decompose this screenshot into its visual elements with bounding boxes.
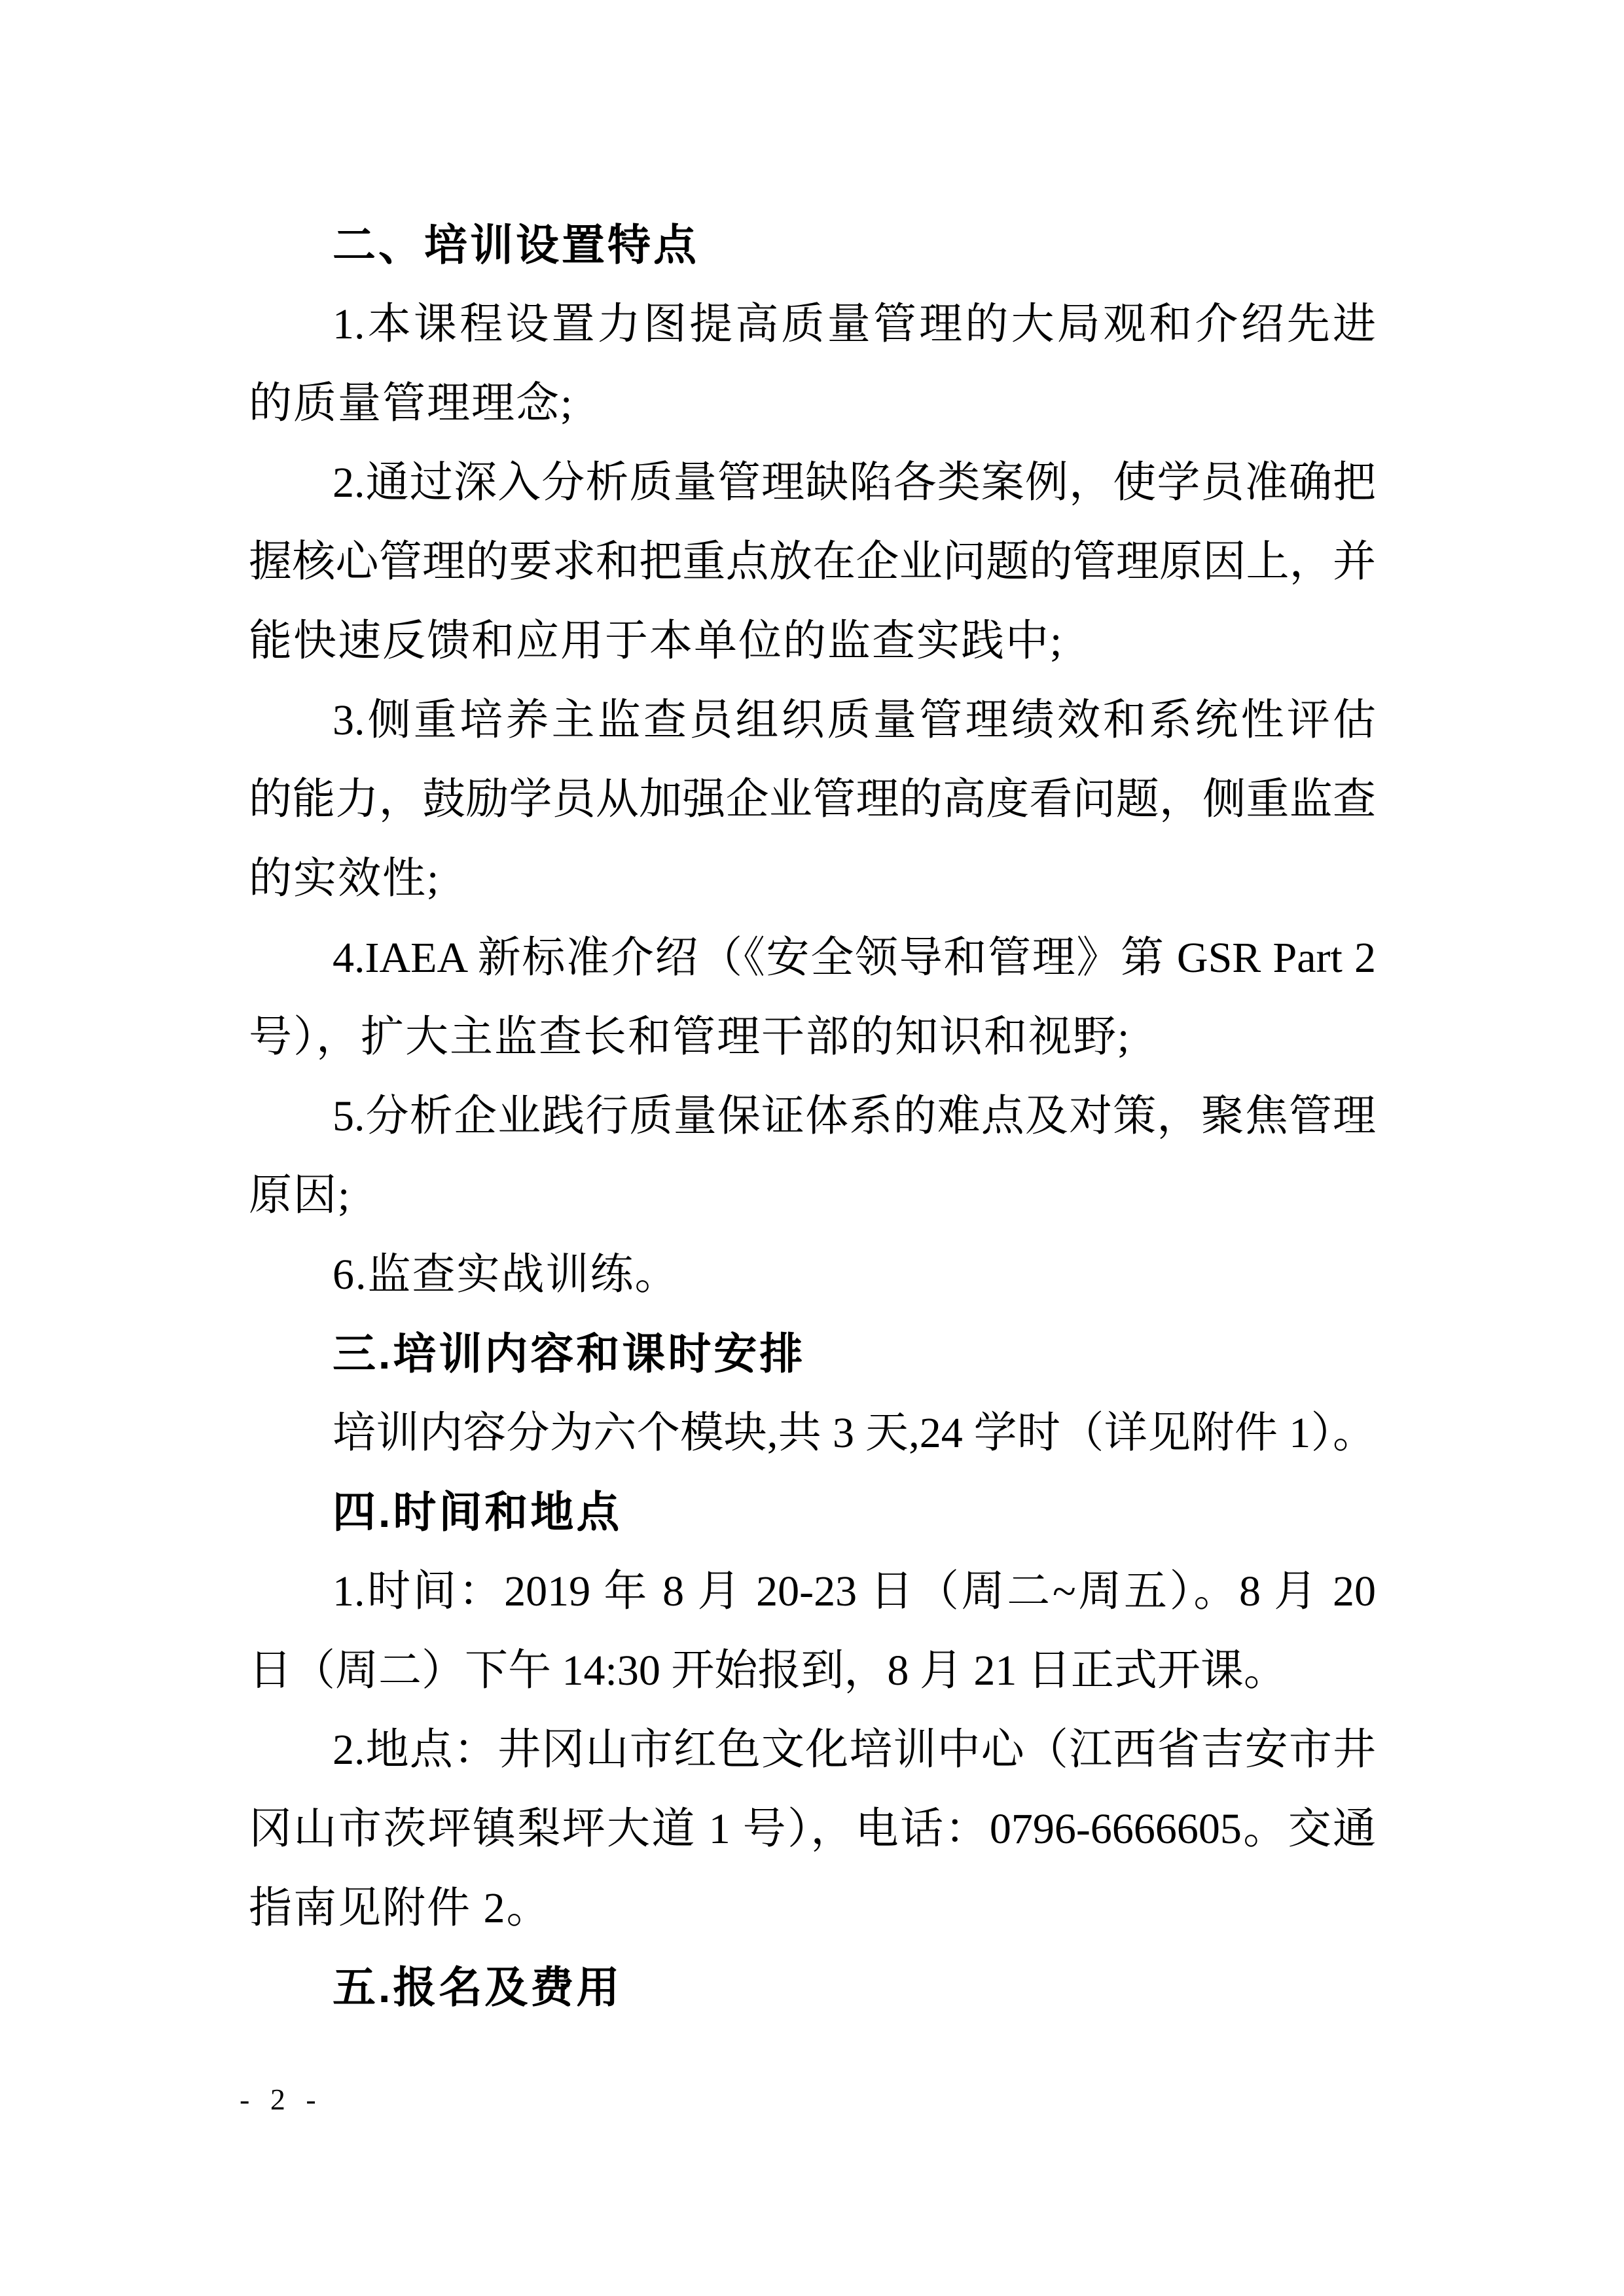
text-line: 的能力，鼓励学员从加强企业管理的高度看问题，侧重监查 <box>249 760 1376 839</box>
text-line: 的质量管理理念; <box>249 364 1376 443</box>
text-line: 培训内容分为六个模块,共 3 天,24 学时（详见附件 1）。 <box>249 1393 1376 1473</box>
text-line: 原因; <box>249 1156 1376 1235</box>
section-heading: 三.培训内容和课时安排 <box>249 1314 1376 1393</box>
text-line: 指南见附件 2。 <box>249 1869 1376 1948</box>
text-line: 号），扩大主监查长和管理干部的知识和视野; <box>249 997 1376 1077</box>
text-line: 握核心管理的要求和把重点放在企业问题的管理原因上，并 <box>249 522 1376 601</box>
document-body: 二、培训设置特点1.本课程设置力图提高质量管理的大局观和介绍先进的质量管理理念;… <box>249 206 1376 2027</box>
text-line: 1.时间：2019 年 8 月 20-23 日（周二~周五）。8 月 20 <box>249 1552 1376 1631</box>
text-line: 6.监查实战训练。 <box>249 1235 1376 1314</box>
text-line: 5.分析企业践行质量保证体系的难点及对策，聚焦管理 <box>249 1077 1376 1156</box>
text-line: 能快速反馈和应用于本单位的监查实践中; <box>249 601 1376 681</box>
page-number: - 2 - <box>240 2080 323 2119</box>
text-line: 4.IAEA 新标准介绍（《安全领导和管理》第 GSR Part 2 <box>249 918 1376 997</box>
section-heading: 二、培训设置特点 <box>249 206 1376 285</box>
section-heading: 四.时间和地点 <box>249 1473 1376 1552</box>
text-line: 2.地点：井冈山市红色文化培训中心（江西省吉安市井 <box>249 1710 1376 1789</box>
text-line: 1.本课程设置力图提高质量管理的大局观和介绍先进 <box>249 285 1376 364</box>
document-page: 二、培训设置特点1.本课程设置力图提高质量管理的大局观和介绍先进的质量管理理念;… <box>0 0 1624 2296</box>
text-line: 3.侧重培养主监查员组织质量管理绩效和系统性评估 <box>249 681 1376 760</box>
text-line: 冈山市茨坪镇梨坪大道 1 号），电话：0796-6666605。交通 <box>249 1789 1376 1869</box>
text-line: 2.通过深入分析质量管理缺陷各类案例，使学员准确把 <box>249 443 1376 522</box>
text-line: 的实效性; <box>249 839 1376 918</box>
section-heading: 五.报名及费用 <box>249 1948 1376 2027</box>
text-line: 日（周二）下午 14:30 开始报到，8 月 21 日正式开课。 <box>249 1631 1376 1710</box>
